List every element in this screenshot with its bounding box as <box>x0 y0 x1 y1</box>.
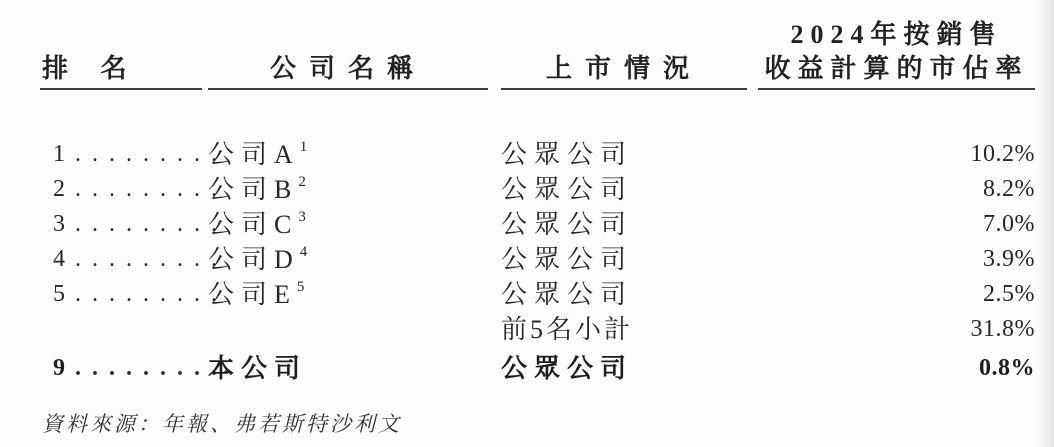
share-header-underline <box>758 88 1035 90</box>
table-row: 9 ......... 本公司 公眾公司 0.8% <box>0 351 1054 386</box>
company-name: 本公司 <box>208 354 307 383</box>
company-cell: 公司C3 <box>208 207 501 242</box>
rank-number: 2 <box>53 172 65 207</box>
rank-cell: 1 ......... <box>40 137 208 172</box>
header-col-rank: 排 名 <box>40 18 208 90</box>
listing-cell: 前5名小計 <box>501 312 758 347</box>
company-cell: 本公司 <box>208 351 501 386</box>
company-cell: 公司D4 <box>208 242 501 277</box>
rank-number: 1 <box>53 137 65 172</box>
share-cell: 10.2% <box>758 137 1035 172</box>
share-header-line1: 2024年按銷售 <box>758 18 1035 52</box>
listing-cell: 公眾公司 <box>501 137 758 172</box>
footnote-ref: 3 <box>298 209 306 225</box>
share-cell: 0.8% <box>758 351 1035 386</box>
table-body: 1 ......... 公司A1 公眾公司 10.2% 2 ......... … <box>0 137 1054 386</box>
rank-header-label: 排 名 <box>40 52 140 86</box>
leader-dots: ......... <box>75 277 228 312</box>
footnote-ref: 2 <box>298 174 306 190</box>
rank-number: 4 <box>53 242 65 277</box>
table-row: 4 ......... 公司D4 公眾公司 3.9% <box>0 242 1054 277</box>
listing-header-underline <box>501 88 747 90</box>
company-cell: 公司A1 <box>208 137 501 172</box>
company-header-underline <box>208 88 488 90</box>
leader-dots: ......... <box>75 242 228 277</box>
company-cell: 公司B2 <box>208 172 501 207</box>
company-cell: 公司E5 <box>208 277 501 312</box>
rank-cell: 2 ......... <box>40 172 208 207</box>
listing-cell: 公眾公司 <box>501 207 758 242</box>
footnote-ref: 5 <box>297 279 305 295</box>
table-row: 5 ......... 公司E5 公眾公司 2.5% <box>0 277 1054 312</box>
rank-number: 5 <box>53 277 65 312</box>
table-row: 3 ......... 公司C3 公眾公司 7.0% <box>0 207 1054 242</box>
footnote-ref: 1 <box>300 139 308 155</box>
listing-cell: 公眾公司 <box>501 172 758 207</box>
company-name: 公司D <box>208 245 300 274</box>
listing-cell: 公眾公司 <box>501 242 758 277</box>
rank-cell: 4 ......... <box>40 242 208 277</box>
share-header-line2: 收益計算的市佔率 <box>758 52 1035 86</box>
share-cell: 31.8% <box>758 312 1035 347</box>
share-cell: 2.5% <box>758 277 1035 312</box>
table-row: 1 ......... 公司A1 公眾公司 10.2% <box>0 137 1054 172</box>
leader-dots: ......... <box>75 207 228 242</box>
rank-header-underline <box>40 88 202 90</box>
document-page: 排 名 公司名稱 上市情況 2024年按銷售 收益計算的市佔率 1 .. <box>0 0 1054 447</box>
rank-number: 3 <box>53 207 65 242</box>
company-name: 公司E <box>208 280 297 309</box>
company-header-label: 公司名稱 <box>208 52 488 86</box>
rank-number: 9 <box>53 351 65 386</box>
company-name: 公司B <box>208 175 298 204</box>
table-header-row: 排 名 公司名稱 上市情況 2024年按銷售 收益計算的市佔率 <box>0 0 1054 90</box>
table-row: 2 ......... 公司B2 公眾公司 8.2% <box>0 172 1054 207</box>
footnote-ref: 4 <box>300 244 308 260</box>
company-name: 公司C <box>208 210 298 239</box>
header-col-listing: 上市情況 <box>501 18 758 90</box>
leader-dots: ......... <box>75 351 228 386</box>
rank-cell: 5 ......... <box>40 277 208 312</box>
leader-dots: ......... <box>75 137 228 172</box>
listing-header-label: 上市情況 <box>501 52 747 86</box>
source-note: 資料來源：年報、弗若斯特沙利文 <box>42 408 402 438</box>
share-cell: 8.2% <box>758 172 1035 207</box>
listing-cell: 公眾公司 <box>501 351 758 386</box>
share-cell: 7.0% <box>758 207 1035 242</box>
listing-cell: 公眾公司 <box>501 277 758 312</box>
rank-cell: 3 ......... <box>40 207 208 242</box>
company-name: 公司A <box>208 140 300 169</box>
table-row: 前5名小計 31.8% <box>0 312 1054 347</box>
leader-dots: ......... <box>75 172 228 207</box>
header-col-company: 公司名稱 <box>208 18 501 90</box>
rank-cell: 9 ......... <box>40 351 208 386</box>
share-cell: 3.9% <box>758 242 1035 277</box>
header-col-market-share: 2024年按銷售 收益計算的市佔率 <box>758 18 1035 90</box>
